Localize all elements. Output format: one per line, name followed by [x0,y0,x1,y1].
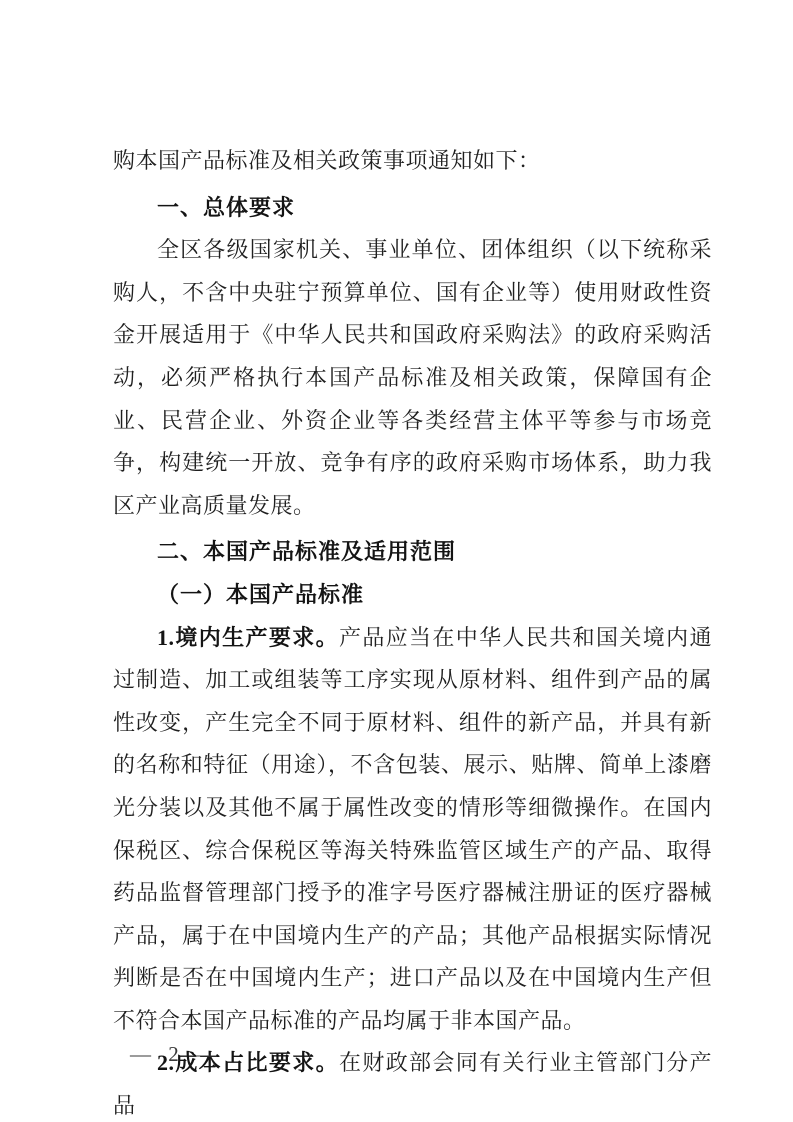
section-1-paragraph: 全区各级国家机关、事业单位、团体组织（以下统称采购人，不含中央驻宁预算单位、国有… [113,229,712,527]
item-1-paragraph: 1.境内生产要求。产品应当在中华人民共和国关境内通过制造、加工或组装等工序实现从… [113,617,712,1043]
subsection-1-heading: （一）本国产品标准 [113,574,712,617]
section-1-heading: 一、总体要求 [113,187,712,230]
item-1-lead: 1.境内生产要求。 [157,625,339,650]
section-2-heading: 二、本国产品标准及适用范围 [113,531,712,574]
intro-paragraph: 购本国产品标准及相关政策事项通知如下： [113,140,712,183]
item-1-body: 产品应当在中华人民共和国关境内通过制造、加工或组装等工序实现从原材料、组件到产品… [113,625,712,1033]
document-page: 购本国产品标准及相关政策事项通知如下： 一、总体要求 全区各级国家机关、事业单位… [0,0,793,1122]
page-number: — 2 — [130,1042,223,1067]
document-content: 购本国产品标准及相关政策事项通知如下： 一、总体要求 全区各级国家机关、事业单位… [113,140,712,1122]
